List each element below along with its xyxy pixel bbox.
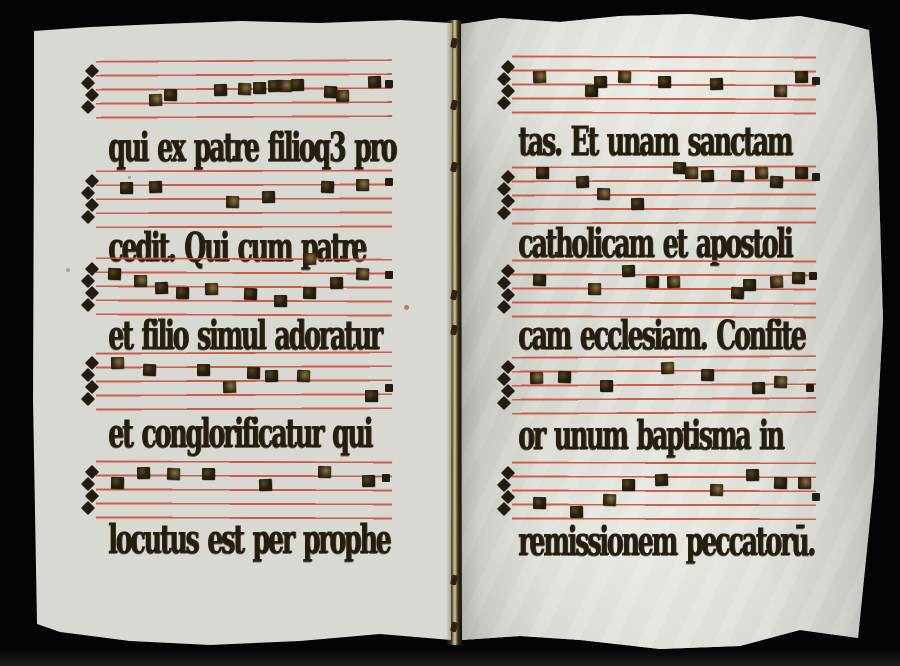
neume-note <box>530 372 543 384</box>
backdrop-bottom-edge <box>0 648 900 666</box>
neume-note <box>262 191 275 203</box>
neume-note <box>244 288 257 300</box>
lyric-line: et conglorificatur qui <box>108 412 371 457</box>
neume-note <box>795 167 808 179</box>
custos-mark <box>809 272 817 280</box>
neume-note <box>618 70 631 82</box>
neume-note <box>755 167 768 179</box>
neume-note <box>197 364 210 376</box>
neume-note <box>265 370 278 382</box>
stain-mark <box>128 176 131 179</box>
custos-mark <box>385 384 393 392</box>
neume-note <box>533 497 546 509</box>
binding-stitch-mark <box>450 161 458 172</box>
lyric-line: qui ex patre filioq3 pro <box>108 126 395 171</box>
neume-note <box>259 478 272 490</box>
neume-note <box>557 371 570 383</box>
neume-note <box>621 265 634 277</box>
neume-note <box>594 76 607 88</box>
antiphonal-manuscript-photo: qui ex patre filioq3 procedit. Qui cum p… <box>0 0 900 666</box>
neume-note <box>770 176 783 188</box>
neume-note <box>655 474 668 486</box>
neume-note <box>253 82 266 94</box>
neume-note <box>746 469 759 481</box>
neume-note <box>622 479 635 491</box>
clef-diamond-icon <box>497 300 511 314</box>
clef-mark <box>83 62 101 116</box>
clef-diamond-icon <box>497 502 511 516</box>
neume-note <box>646 276 659 288</box>
neume-note <box>773 376 786 388</box>
binding-stitch-mark <box>450 621 458 632</box>
neume-note <box>685 167 698 179</box>
binding-stitch-mark <box>450 37 458 48</box>
custos-mark <box>385 271 393 279</box>
neume-note <box>667 276 680 288</box>
custos-mark <box>812 173 820 181</box>
neume-note <box>238 83 251 95</box>
neume-note <box>176 287 189 299</box>
neume-note <box>318 466 331 478</box>
neume-note <box>164 89 177 101</box>
neume-note <box>631 197 644 209</box>
stain-mark <box>66 268 70 272</box>
clef-mark <box>83 354 101 408</box>
neume-note <box>226 196 239 208</box>
lyric-line: locutus est per prophe <box>108 518 389 563</box>
binding-stitch-mark <box>450 574 458 585</box>
clef-diamond-icon <box>497 206 511 220</box>
neume-note <box>658 76 671 88</box>
neume-note <box>773 85 786 97</box>
neume-note <box>570 506 583 518</box>
neume-note <box>143 364 156 376</box>
custos-mark <box>812 77 820 85</box>
clef-mark <box>499 464 517 518</box>
binding-stitch-mark <box>450 324 458 335</box>
custos-mark <box>812 493 820 501</box>
neume-note <box>303 253 316 265</box>
clef-diamond-icon <box>81 210 95 224</box>
neume-note <box>120 182 133 194</box>
neume-note <box>798 477 811 489</box>
neume-note <box>710 484 723 496</box>
neume-note <box>588 283 601 295</box>
neume-note <box>752 382 765 394</box>
clef-diamond-icon <box>81 298 95 312</box>
clef-diamond-icon <box>81 501 95 515</box>
lyric-line: or unum baptisma in <box>518 414 783 459</box>
neume-note <box>700 169 713 181</box>
neume-note <box>356 179 369 191</box>
chant-staff <box>512 259 816 318</box>
neume-note <box>700 369 713 381</box>
neume-note <box>536 167 549 179</box>
neume-note <box>134 275 147 287</box>
neume-note <box>291 79 304 91</box>
neume-note <box>274 295 287 307</box>
neume-note <box>137 467 150 479</box>
clef-mark <box>499 168 517 222</box>
clef-diamond-icon <box>81 392 95 406</box>
binding-gutter <box>446 20 463 645</box>
clef-mark <box>83 463 101 517</box>
neume-note <box>792 272 805 284</box>
neume-note <box>365 390 378 402</box>
neume-note <box>111 477 124 489</box>
neume-note <box>336 90 349 102</box>
lyric-line: remissionem peccatorū. <box>518 520 814 565</box>
clef-diamond-icon <box>497 96 511 110</box>
neume-note <box>362 475 375 487</box>
neume-note <box>795 71 808 83</box>
neume-note <box>597 188 610 200</box>
neume-note <box>149 181 162 193</box>
chant-staff <box>96 351 392 410</box>
neume-note <box>773 477 786 489</box>
custos-mark <box>385 80 393 88</box>
neume-note <box>576 176 589 188</box>
custos-mark <box>806 384 814 392</box>
neume-note <box>533 274 546 286</box>
neume-note <box>356 267 369 279</box>
clef-diamond-icon <box>497 396 511 410</box>
custos-mark <box>382 474 390 482</box>
clef-diamond-icon <box>81 100 95 114</box>
chant-staff <box>512 462 816 521</box>
binding-stitch-mark <box>450 289 458 300</box>
lyric-line: cam ecclesiam. Confite <box>518 314 804 359</box>
lyric-line: tas. Et unam sanctam <box>518 120 791 165</box>
neume-note <box>743 279 756 291</box>
neume-note <box>205 283 218 295</box>
clef-mark <box>499 262 517 316</box>
binding-stitch-mark <box>450 99 458 110</box>
neume-note <box>600 380 613 392</box>
neume-note <box>330 277 343 289</box>
clef-mark <box>83 172 101 226</box>
neume-note <box>108 267 121 279</box>
neume-note <box>214 84 227 96</box>
chant-staff <box>512 165 816 224</box>
clef-mark <box>83 260 101 314</box>
neume-note <box>223 380 236 392</box>
clef-mark <box>499 358 517 412</box>
neume-note <box>297 370 310 382</box>
stain-mark <box>404 305 409 310</box>
neume-note <box>111 357 124 369</box>
neume-note <box>368 76 381 88</box>
neume-note <box>155 281 168 293</box>
neume-note <box>202 468 215 480</box>
neume-note <box>661 362 674 374</box>
neume-note <box>303 287 316 299</box>
neume-note <box>533 70 546 82</box>
chant-staff <box>96 170 392 229</box>
neume-note <box>149 94 162 106</box>
neume-note <box>731 169 744 181</box>
neume-note <box>321 181 334 193</box>
neume-note <box>709 78 722 90</box>
neume-note <box>603 494 616 506</box>
neume-note <box>770 276 783 288</box>
neume-note <box>167 468 180 480</box>
clef-mark <box>499 58 517 112</box>
neume-note <box>247 367 260 379</box>
custos-mark <box>385 178 393 186</box>
